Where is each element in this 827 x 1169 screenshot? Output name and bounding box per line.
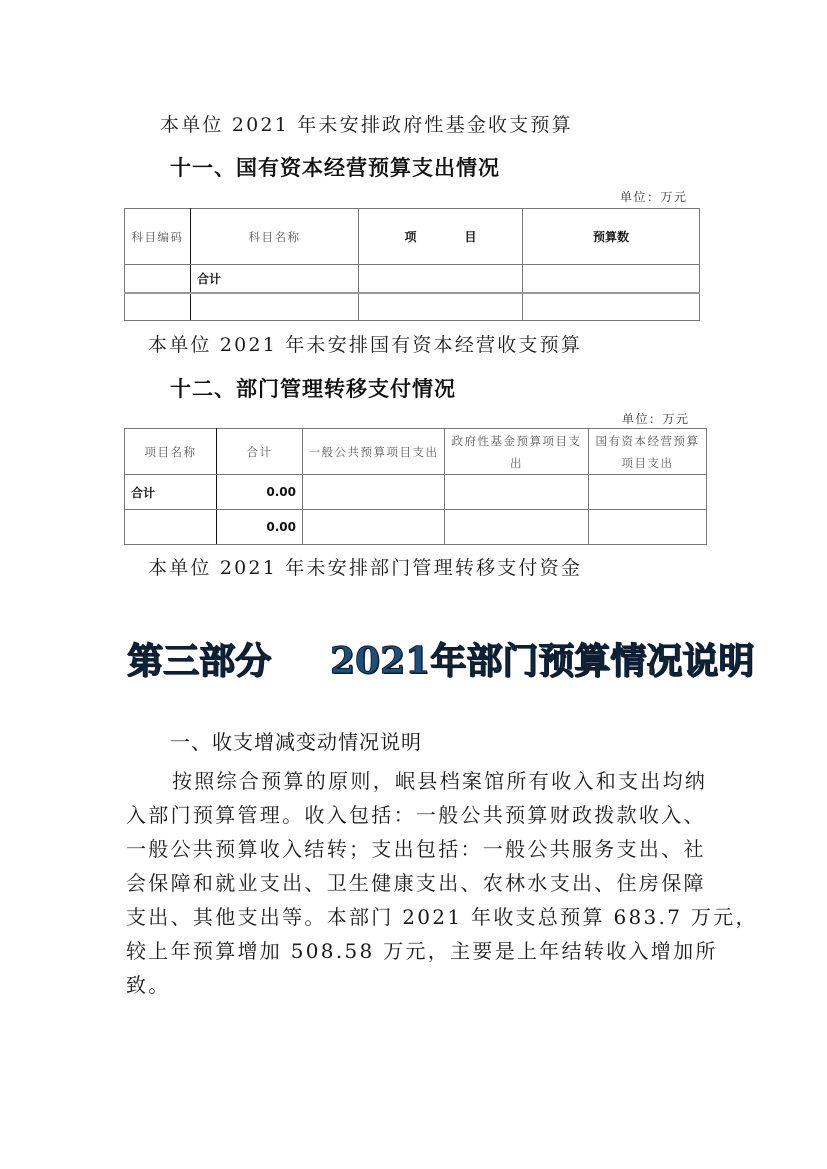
table-row: 合计 bbox=[125, 265, 700, 293]
table-cell bbox=[303, 475, 445, 510]
table-cell bbox=[359, 265, 523, 293]
header-cell: 国有资本经营预算项目支出 bbox=[589, 429, 707, 475]
part3-title: 2021年部门预算情况说明 bbox=[330, 633, 754, 684]
section12-note: 本单位 2021 年未安排部门管理转移支付资金 bbox=[148, 553, 582, 580]
section10-note: 本单位 2021 年未安排政府性基金收支预算 bbox=[160, 110, 573, 137]
table-row: 0.00 bbox=[125, 510, 707, 545]
paragraph-line: 一般公共预算收入结转；支出包括：一般公共服务支出、社 bbox=[126, 832, 700, 866]
table-cell bbox=[589, 475, 707, 510]
subsection1-paragraph: 按照综合预算的原则，岷县档案馆所有收入和支出均纳 入部门预算管理。收入包括：一般… bbox=[126, 764, 700, 1002]
paragraph-line: 入部门预算管理。收入包括：一般公共预算财政拨款收入、 bbox=[126, 798, 700, 832]
header-cell: 科目编码 bbox=[125, 209, 191, 265]
table-header-row: 项目名称 合计 一般公共预算项目支出 政府性基金预算项目支出 国有资本经营预算项… bbox=[125, 429, 707, 475]
table-cell bbox=[125, 510, 217, 545]
table-cell bbox=[523, 293, 700, 321]
table-cell bbox=[125, 293, 191, 321]
section11-title: 十一、国有资本经营预算支出情况 bbox=[170, 152, 500, 182]
paragraph-line: 按照综合预算的原则，岷县档案馆所有收入和支出均纳 bbox=[126, 764, 700, 798]
table-cell bbox=[125, 265, 191, 293]
table-cell bbox=[191, 293, 359, 321]
section12-table: 项目名称 合计 一般公共预算项目支出 政府性基金预算项目支出 国有资本经营预算项… bbox=[124, 428, 707, 545]
table-cell bbox=[359, 293, 523, 321]
table-row bbox=[125, 293, 700, 321]
table-cell bbox=[445, 510, 589, 545]
part3-label: 第三部分 bbox=[127, 633, 271, 684]
table-cell bbox=[303, 510, 445, 545]
header-cell: 政府性基金预算项目支出 bbox=[445, 429, 589, 475]
paragraph-line: 支出、其他支出等。本部门 2021 年收支总预算 683.7 万元， bbox=[126, 900, 700, 934]
table-cell bbox=[589, 510, 707, 545]
table-cell bbox=[445, 475, 589, 510]
table-cell: 合计 bbox=[125, 475, 217, 510]
header-cell: 科目名称 bbox=[191, 209, 359, 265]
section12-title: 十二、部门管理转移支付情况 bbox=[170, 373, 456, 403]
table-cell: 0.00 bbox=[217, 475, 303, 510]
section11-note: 本单位 2021 年未安排国有资本经营收支预算 bbox=[148, 330, 582, 357]
header-cell: 项 目 bbox=[359, 209, 523, 265]
paragraph-line: 较上年预算增加 508.58 万元，主要是上年结转收入增加所 bbox=[126, 934, 700, 968]
table-row: 合计 0.00 bbox=[125, 475, 707, 510]
section11-table: 科目编码 科目名称 项 目 预算数 合计 bbox=[124, 208, 700, 321]
paragraph-line: 致。 bbox=[126, 968, 700, 1002]
header-cell: 一般公共预算项目支出 bbox=[303, 429, 445, 475]
section11-unit: 单位：万元 bbox=[620, 188, 688, 205]
header-cell: 项目名称 bbox=[125, 429, 217, 475]
table-cell: 合计 bbox=[191, 265, 359, 293]
header-cell: 预算数 bbox=[523, 209, 700, 265]
paragraph-line: 会保障和就业支出、卫生健康支出、农林水支出、住房保障 bbox=[126, 866, 700, 900]
table-cell bbox=[523, 265, 700, 293]
header-cell: 合计 bbox=[217, 429, 303, 475]
table-header-row: 科目编码 科目名称 项 目 预算数 bbox=[125, 209, 700, 265]
section12-unit: 单位：万元 bbox=[622, 410, 690, 427]
subsection1-heading: 一、收支增减变动情况说明 bbox=[170, 726, 422, 755]
table-cell: 0.00 bbox=[217, 510, 303, 545]
